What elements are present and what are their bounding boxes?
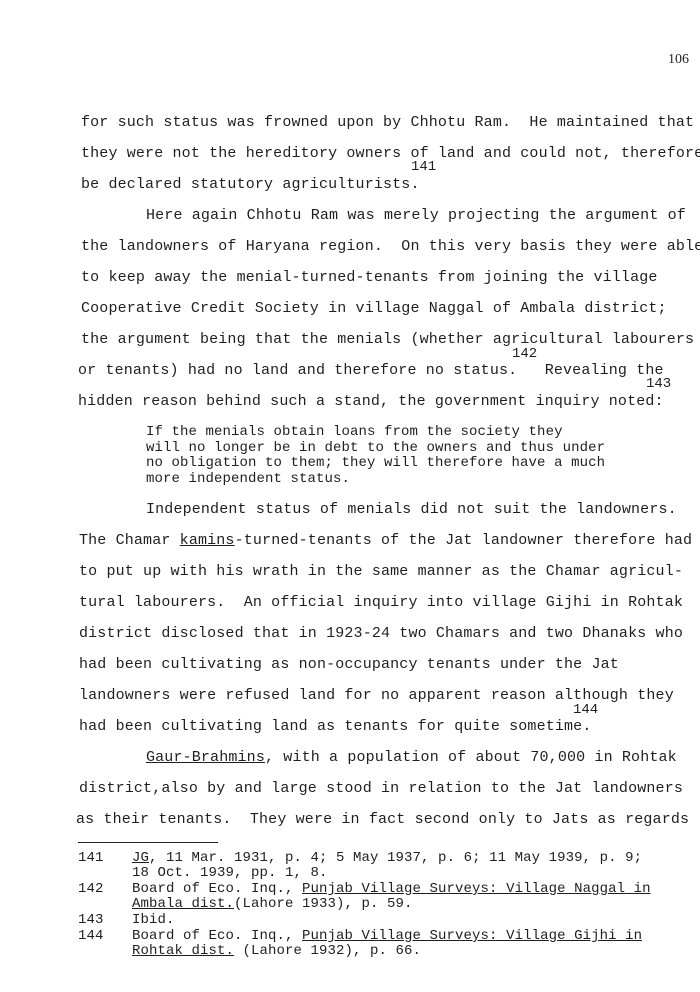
footnote-line: JG, 11 Mar. 1931, p. 4; 5 May 1937, p. 6… xyxy=(132,851,642,866)
body-line: Independent status of menials did not su… xyxy=(146,501,677,518)
text-run: had been cultivating land as tenants for… xyxy=(79,718,591,735)
body-line: had been cultivating as non-occupancy te… xyxy=(79,656,619,673)
quote-line: more independent status. xyxy=(146,471,350,487)
body-line: Gaur-Brahmins, with a population of abou… xyxy=(146,749,677,766)
text-run: to put up with his wrath in the same man… xyxy=(79,563,683,580)
text-run: be declared statutory agriculturists. xyxy=(81,176,420,193)
body-line: be declared statutory agriculturists. xyxy=(81,176,420,193)
underlined-text: Rohtak dist. xyxy=(132,943,234,959)
text-run: Cooperative Credit Society in village Na… xyxy=(81,300,667,317)
text-run: (Lahore 1932), p. 66. xyxy=(234,943,421,959)
body-line: or tenants) had no land and therefore no… xyxy=(78,362,664,379)
footnote-line: Board of Eco. Inq., Punjab Village Surve… xyxy=(132,882,651,897)
text-run: Board of Eco. Inq., xyxy=(132,881,302,897)
text-run: the landowners of Haryana region. On thi… xyxy=(81,238,700,255)
footnote-number: 143 xyxy=(78,913,104,928)
text-run: district,also by and large stood in rela… xyxy=(79,780,683,797)
text-run: district disclosed that in 1923-24 two C… xyxy=(79,625,683,642)
text-run: for such status was frowned upon by Chho… xyxy=(81,114,694,131)
footnote-line: Board of Eco. Inq., Punjab Village Surve… xyxy=(132,929,642,944)
text-run: they were not the hereditory owners of l… xyxy=(81,145,700,162)
body-line: district,also by and large stood in rela… xyxy=(79,780,683,797)
body-line: Cooperative Credit Society in village Na… xyxy=(81,300,667,317)
underlined-text: JG xyxy=(132,850,149,866)
footnote-marker[interactable]: 143 xyxy=(646,377,671,391)
text-run: Here again Chhotu Ram was merely project… xyxy=(146,207,686,224)
body-line: they were not the hereditory owners of l… xyxy=(81,145,700,162)
footnote-marker[interactable]: 141 xyxy=(411,160,436,174)
text-run: tural labourers. An official inquiry int… xyxy=(79,594,683,611)
footnote-number: 141 xyxy=(78,851,104,866)
underlined-text: Punjab Village Surveys: Village Naggal i… xyxy=(302,881,651,897)
text-run: Board of Eco. Inq., xyxy=(132,928,302,944)
body-line: to keep away the menial-turned-tenants f… xyxy=(81,269,658,286)
underlined-text: kamins xyxy=(180,532,235,549)
body-line: had been cultivating land as tenants for… xyxy=(79,718,591,735)
footnote-marker[interactable]: 142 xyxy=(512,347,537,361)
body-line: the argument being that the menials (whe… xyxy=(81,331,694,348)
text-run: as their tenants. They were in fact seco… xyxy=(76,811,689,828)
text-run: or tenants) had no land and therefore no… xyxy=(78,362,664,379)
text-run: Independent status of menials did not su… xyxy=(146,501,677,518)
footnote-line: Ibid. xyxy=(132,913,175,928)
body-line: Here again Chhotu Ram was merely project… xyxy=(146,207,686,224)
document-page: 106 for such status was frowned upon by … xyxy=(0,0,700,992)
body-line: to put up with his wrath in the same man… xyxy=(79,563,683,580)
text-run: -turned-tenants of the Jat landowner the… xyxy=(235,532,693,549)
underlined-text: Gaur-Brahmins xyxy=(146,749,265,766)
text-run: 18 Oct. 1939, pp. 1, 8. xyxy=(132,865,328,881)
footnote-line: Ambala dist.(Lahore 1933), p. 59. xyxy=(132,897,413,912)
footnote-number: 144 xyxy=(78,929,104,944)
body-line: the landowners of Haryana region. On thi… xyxy=(81,238,700,255)
body-line: hidden reason behind such a stand, the g… xyxy=(78,393,664,410)
text-run: to keep away the menial-turned-tenants f… xyxy=(81,269,658,286)
body-line: tural labourers. An official inquiry int… xyxy=(79,594,683,611)
page-number: 106 xyxy=(668,52,689,68)
text-run: hidden reason behind such a stand, the g… xyxy=(78,393,664,410)
footnote-marker[interactable]: 144 xyxy=(573,703,598,717)
body-line: district disclosed that in 1923-24 two C… xyxy=(79,625,683,642)
quote-line: If the menials obtain loans from the soc… xyxy=(146,424,563,440)
quote-line: no obligation to them; they will therefo… xyxy=(146,455,605,471)
quote-line: will no longer be in debt to the owners … xyxy=(146,440,605,456)
underlined-text: Punjab Village Surveys: Village Gijhi in xyxy=(302,928,642,944)
text-run: , 11 Mar. 1931, p. 4; 5 May 1937, p. 6; … xyxy=(149,850,642,866)
underlined-text: Ambala dist. xyxy=(132,896,234,912)
text-run: The Chamar xyxy=(79,532,180,549)
text-run: the argument being that the menials (whe… xyxy=(81,331,694,348)
body-line: The Chamar kamins-turned-tenants of the … xyxy=(79,532,692,549)
text-run: Ibid. xyxy=(132,912,175,928)
footnote-divider xyxy=(78,842,218,843)
text-run: had been cultivating as non-occupancy te… xyxy=(79,656,619,673)
footnote-line: 18 Oct. 1939, pp. 1, 8. xyxy=(132,866,328,881)
text-run: (Lahore 1933), p. 59. xyxy=(234,896,413,912)
body-line: for such status was frowned upon by Chho… xyxy=(81,114,694,131)
text-run: , with a population of about 70,000 in R… xyxy=(265,749,677,766)
footnote-number: 142 xyxy=(78,882,104,897)
body-line: as their tenants. They were in fact seco… xyxy=(76,811,689,828)
footnote-line: Rohtak dist. (Lahore 1932), p. 66. xyxy=(132,944,421,959)
